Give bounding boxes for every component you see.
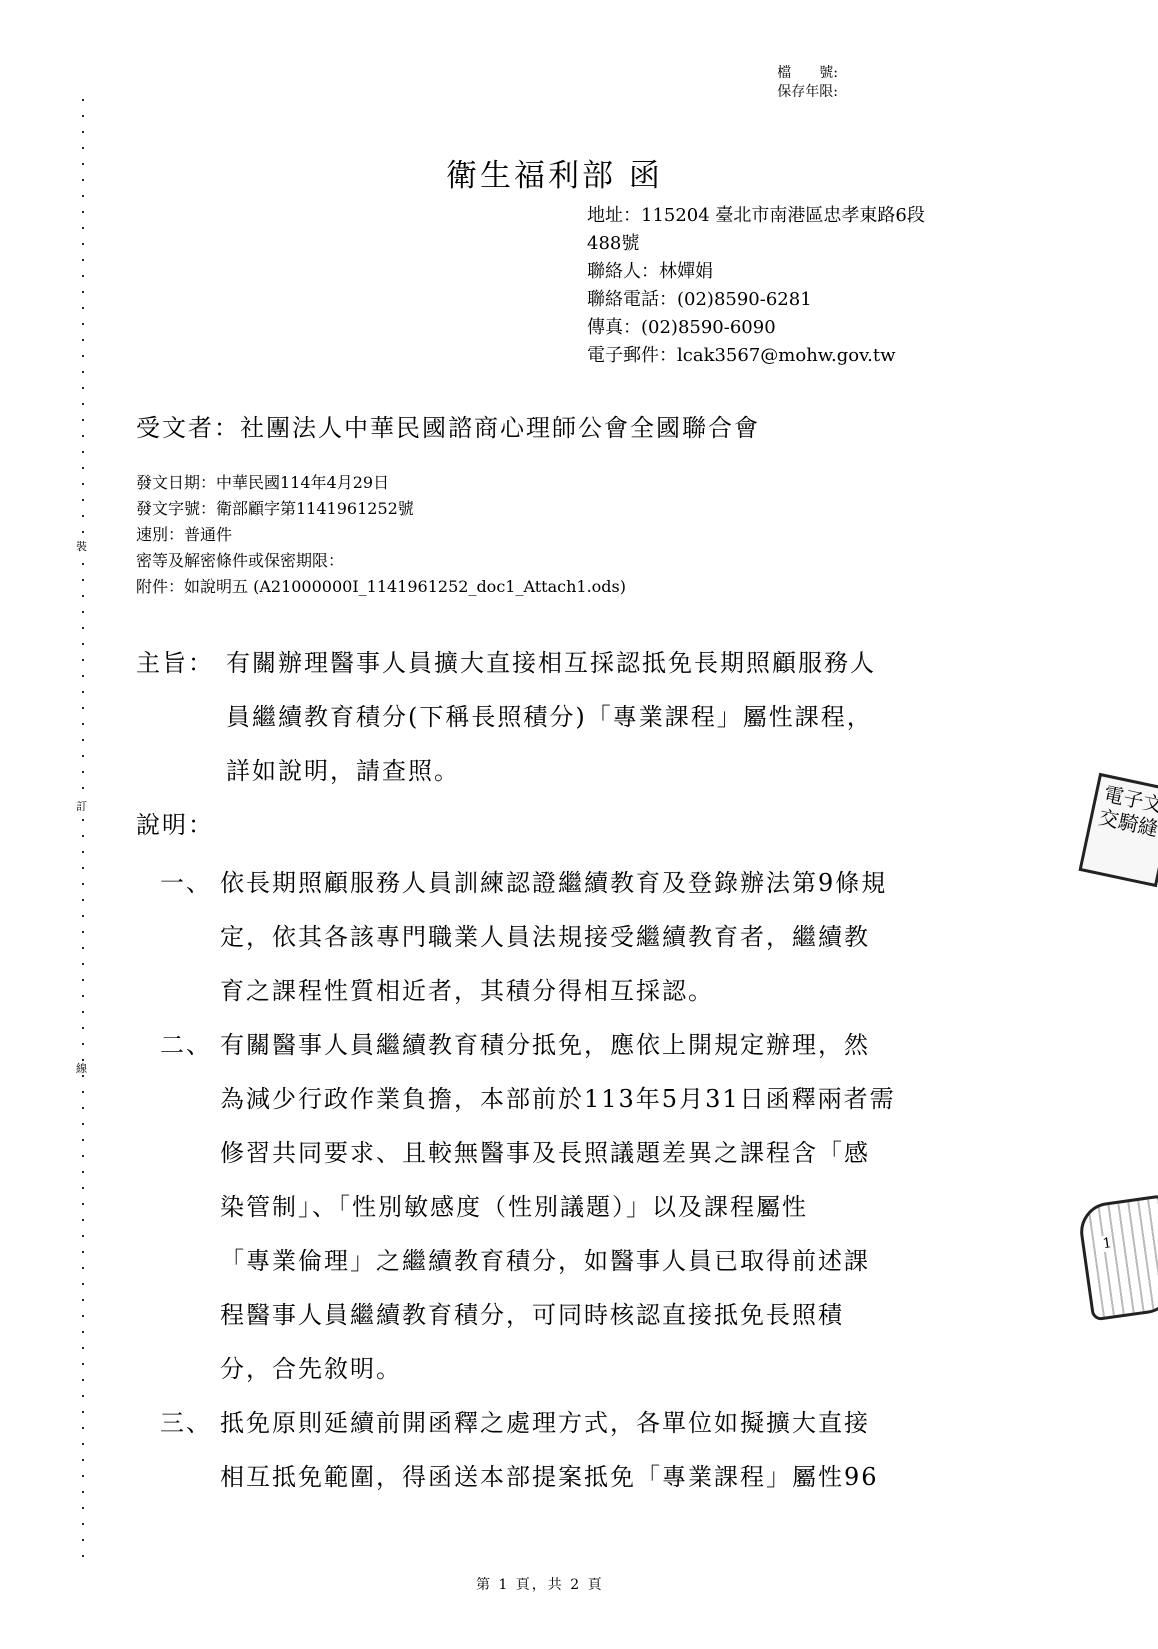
archive-number-label: 檔 號: bbox=[777, 64, 838, 83]
retention-period-label: 保存年限: bbox=[777, 83, 838, 102]
item-line: 抵免原則延續前開函釋之處理方式，各單位如擬擴大直接 bbox=[220, 1409, 870, 1437]
item-line: 修習共同要求、且較無醫事及長照議題差異之課程含「感 bbox=[160, 1126, 896, 1180]
subject-label: 主旨： bbox=[136, 636, 226, 690]
item-line: 相互抵免範圍，得函送本部提案抵免「專業課程」屬性96 bbox=[160, 1450, 896, 1504]
item-line: 定，依其各該專門職業人員法規接受繼續教育者，繼續教 bbox=[160, 910, 896, 964]
sender-address: 地址：115204 臺北市南港區忠孝東路6段 bbox=[587, 202, 997, 230]
item-line: 「專業倫理」之繼續教育積分，如醫事人員已取得前述課 bbox=[160, 1234, 896, 1288]
document-title: 衛生福利部 函 bbox=[446, 150, 663, 195]
seal-stamp-icon: 1 bbox=[1076, 1195, 1158, 1322]
document-number: 發文字號：衛部顧字第1141961252號 bbox=[136, 496, 626, 522]
sender-contact: 聯絡人：林嬋娟 bbox=[587, 258, 997, 286]
delivery-speed: 速別：普通件 bbox=[136, 522, 626, 548]
subject-section: 主旨：有關辦理醫事人員擴大直接相互採認抵免長期照顧服務人 員繼續教育積分(下稱長… bbox=[136, 636, 876, 798]
sender-email: 電子郵件：lcak3567@mohw.gov.tw bbox=[587, 342, 997, 370]
issue-date: 發文日期：中華民國114年4月29日 bbox=[136, 470, 626, 496]
document-meta: 發文日期：中華民國114年4月29日 發文字號：衛部顧字第1141961252號… bbox=[136, 470, 626, 600]
recipient: 受文者：社團法人中華民國諮商心理師公會全國聯合會 bbox=[136, 408, 760, 443]
page-footer: 第 1 頁，共 2 頁 bbox=[476, 1574, 604, 1594]
binding-mark-top: 裝 bbox=[76, 540, 87, 553]
binding-dotted-line bbox=[82, 92, 84, 1562]
explanation-item-2: 二、有關醫事人員繼續教育積分抵免，應依上開規定辦理，然 為減少行政作業負擔，本部… bbox=[160, 1018, 896, 1396]
sender-address-cont: 488號 bbox=[587, 230, 997, 258]
subject-line-1: 有關辦理醫事人員擴大直接相互採認抵免長期照顧服務人 bbox=[226, 649, 876, 677]
item-number: 一、 bbox=[160, 856, 220, 910]
e-document-seam-stamp-icon: 電子文交騎縫 bbox=[1078, 773, 1158, 887]
item-line: 依長期照顧服務人員訓練認證繼續教育及登錄辦法第9條規 bbox=[220, 869, 887, 897]
item-line: 分，合先敘明。 bbox=[160, 1342, 896, 1396]
seal-number: 1 bbox=[1102, 1235, 1113, 1252]
item-line: 程醫事人員繼續教育積分，可同時核認直接抵免長照積 bbox=[160, 1288, 896, 1342]
sender-phone: 聯絡電話：(02)8590-6281 bbox=[587, 286, 997, 314]
binding-mark-middle: 訂 bbox=[76, 800, 87, 813]
explanation-item-1: 一、依長期照顧服務人員訓練認證繼續教育及登錄辦法第9條規 定，依其各該專門職業人… bbox=[160, 856, 896, 1018]
explanation-items: 一、依長期照顧服務人員訓練認證繼續教育及登錄辦法第9條規 定，依其各該專門職業人… bbox=[160, 856, 896, 1504]
sender-fax: 傳真：(02)8590-6090 bbox=[587, 314, 997, 342]
attachment-link[interactable]: 附件：如說明五 (A21000000I_1141961252_doc1_Atta… bbox=[136, 574, 626, 600]
explanation-item-3: 三、抵免原則延續前開函釋之處理方式，各單位如擬擴大直接 相互抵免範圍，得函送本部… bbox=[160, 1396, 896, 1504]
subject-line-2: 員繼續教育積分(下稱長照積分)「專業課程」屬性課程， bbox=[136, 690, 876, 744]
subject-line-3: 詳如說明，請查照。 bbox=[136, 744, 876, 798]
file-meta: 檔 號: 保存年限: bbox=[777, 64, 838, 102]
item-line: 染管制」、「性別敏感度（性別議題）」以及課程屬性 bbox=[160, 1180, 896, 1234]
secrecy-level: 密等及解密條件或保密期限： bbox=[136, 548, 626, 574]
explanation-label: 說明： bbox=[136, 805, 214, 840]
sender-info: 地址：115204 臺北市南港區忠孝東路6段 488號 聯絡人：林嬋娟 聯絡電話… bbox=[587, 202, 997, 370]
item-number: 二、 bbox=[160, 1018, 220, 1072]
item-number: 三、 bbox=[160, 1396, 220, 1450]
item-line: 有關醫事人員繼續教育積分抵免，應依上開規定辦理，然 bbox=[220, 1031, 870, 1059]
binding-mark-bottom: 線 bbox=[76, 1062, 87, 1075]
item-line: 育之課程性質相近者，其積分得相互採認。 bbox=[160, 964, 896, 1018]
item-line: 為減少行政作業負擔，本部前於113年5月31日函釋兩者需 bbox=[160, 1072, 896, 1126]
